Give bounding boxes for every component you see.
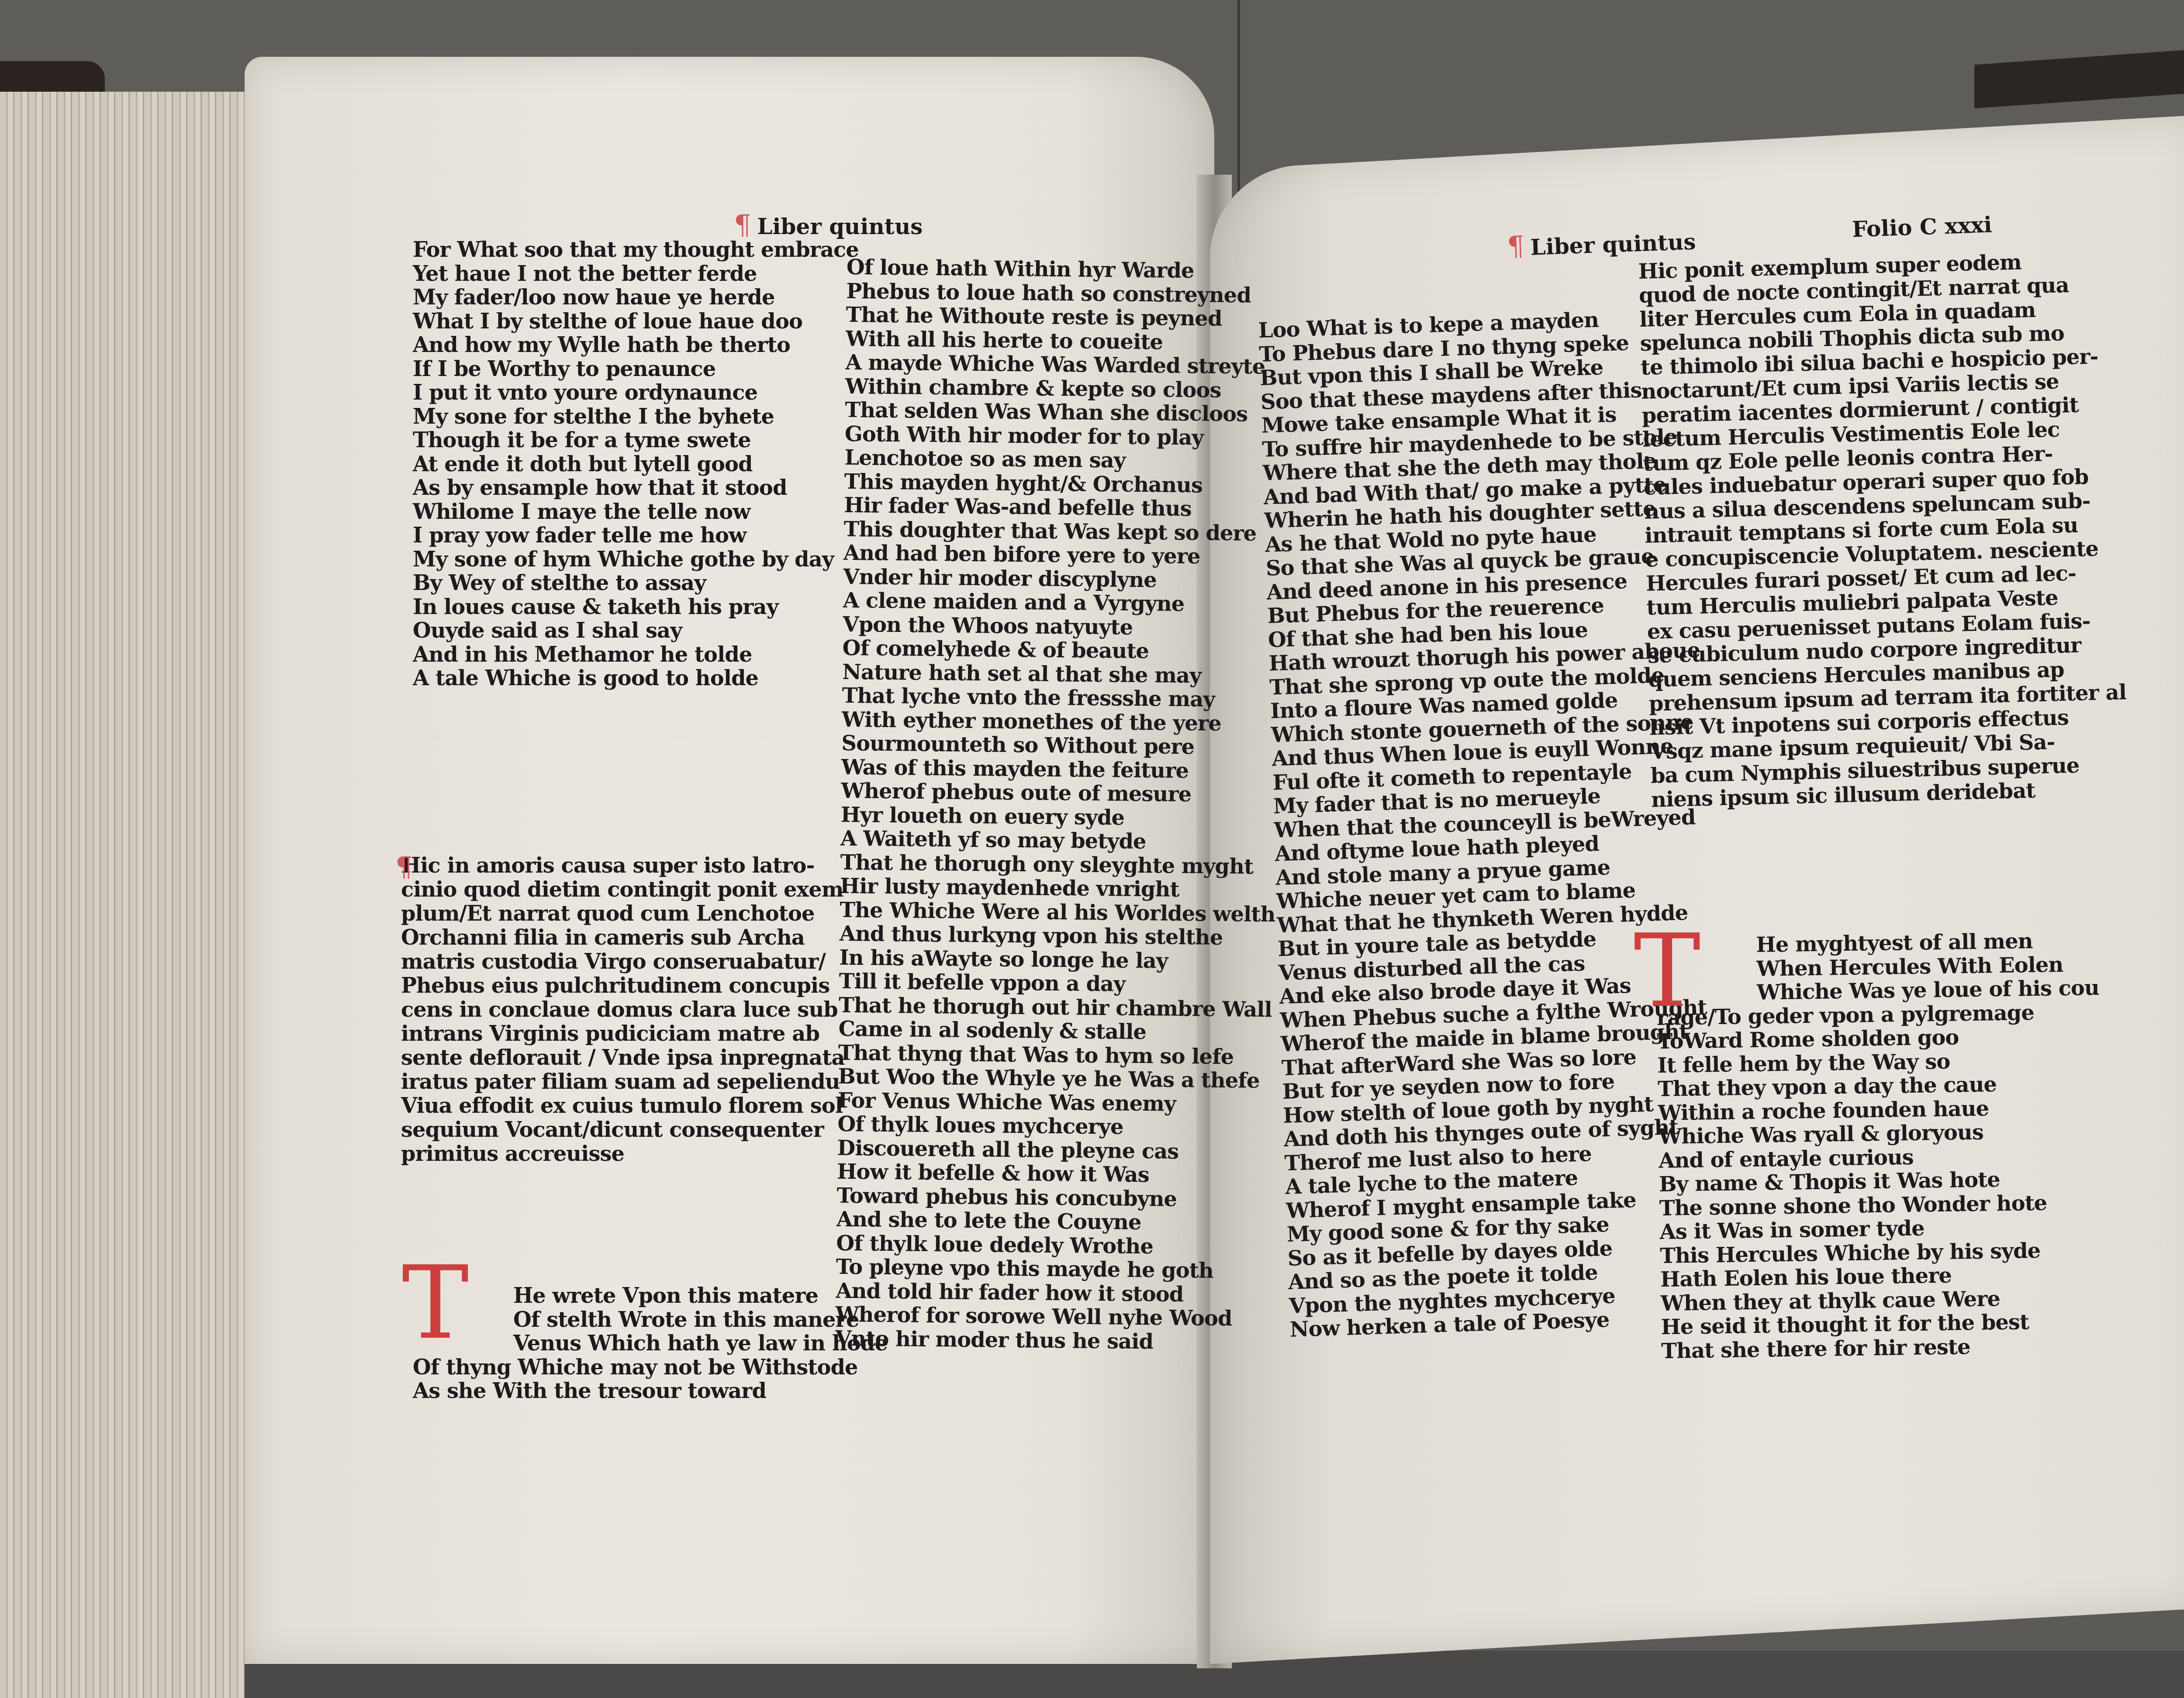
text-line: As by ensample how that it stood [413, 476, 859, 500]
text-line: Hic in amoris causa super isto latro- [401, 854, 844, 878]
folio-number: Folio C xxxi [1852, 211, 1992, 242]
text-line: Ouyde said as I shal say [413, 619, 859, 643]
left-column-1-latin-gloss: Hic in amoris causa super isto latro-cin… [401, 854, 844, 1166]
text-line: As she With the tresour toward [413, 1379, 888, 1403]
text-line: plum/Et narrat quod cum Lenchotoe [401, 902, 844, 926]
text-line: In loues cause & taketh his pray [413, 595, 859, 619]
text-line: My sone of hym Whiche gothe by day [413, 548, 859, 572]
paragraph-mark-icon: ¶ [395, 851, 412, 883]
text-line: My sone for stelthe I the byhete [413, 405, 859, 429]
left-column-2-verse: Of loue hath Within hyr WardePhebus to l… [835, 255, 1282, 1355]
left-page-stack-edge [0, 92, 245, 1698]
text-line: Phebus eius pulchritudinem concupis [401, 974, 844, 998]
text-line: For What soo that my thought embrace [413, 238, 859, 262]
text-line: primitus accreuisse [401, 1142, 844, 1166]
text-line: Though it be for a tyme swete [413, 428, 859, 452]
text-line: cinio quod dietim contingit ponit exem [401, 878, 844, 902]
left-column-1-verse-bottom: He wrete Vpon this matereOf stelth Wrote… [413, 1284, 888, 1403]
text-line: Yet haue I not the better ferde [413, 262, 859, 286]
text-line: Orchanni filia in cameris sub Archa [401, 926, 844, 950]
text-line: And how my Wylle hath be therto [413, 333, 859, 357]
text-line: I pray yow fader telle me how [413, 524, 859, 548]
text-line: What I by stelthe of loue haue doo [413, 310, 859, 334]
text-line: I put it vnto youre ordynaunce [413, 381, 859, 405]
text-line: Of thyng Whiche may not be Withstode [413, 1356, 888, 1380]
text-line: intrans Virginis pudiciciam matre ab [401, 1022, 844, 1046]
text-line: Viua effodit ex cuius tumulo florem sol [401, 1094, 844, 1118]
left-running-head: ¶Liber quintus [734, 209, 923, 241]
text-line: My fader/loo now haue ye herde [413, 286, 859, 310]
text-line: Venus Which hath ye law in hode [413, 1332, 888, 1356]
paragraph-mark-icon: ¶ [1507, 230, 1525, 262]
left-column-1-verse: For What soo that my thought embraceYet … [413, 238, 859, 690]
text-line: A tale Whiche is good to holde [413, 666, 859, 690]
text-line: Vnto hir moder thus he said [835, 1326, 1271, 1355]
text-line: cens in conclaue domus clara luce sub [401, 998, 844, 1022]
text-line: If I be Worthy to penaunce [413, 357, 859, 381]
right-column-2-verse: He myghtyest of all menWhen Hercules Wit… [1655, 928, 2105, 1363]
text-line: Of stelth Wrote in this manere [413, 1308, 888, 1332]
text-line: Whilome I maye the telle now [413, 500, 859, 524]
text-line: By Wey of stelthe to assay [413, 571, 859, 595]
text-line: iratus pater filiam suam ad sepeliendu [401, 1070, 844, 1094]
text-line: matris custodia Virgo conseruabatur/ [401, 950, 844, 974]
text-line: sente deflorauit / Vnde ipsa inpregnata [401, 1046, 844, 1070]
text-line: At ende it doth but lytell good [413, 452, 859, 476]
text-line: sequium Vocant/dicunt consequenter [401, 1118, 844, 1142]
text-line: And in his Methamor he tolde [413, 643, 859, 667]
right-running-head: ¶Liber quintus [1507, 224, 1697, 262]
paragraph-mark-icon: ¶ [734, 209, 751, 241]
right-column-2-latin-gloss: Hic ponit exemplum super eodemquod de no… [1638, 248, 2129, 812]
text-line: He wrete Vpon this matere [413, 1284, 888, 1308]
